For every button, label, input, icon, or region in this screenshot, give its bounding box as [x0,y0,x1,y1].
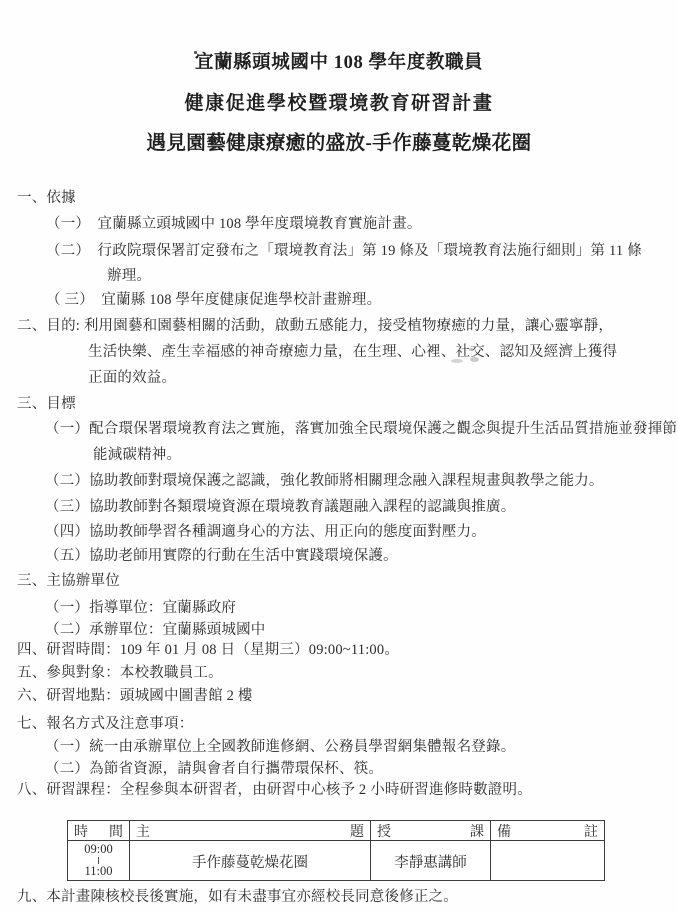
section-heading-participants: 五、參與對象：本校教職員工。 [17,661,223,682]
time-range-divider [98,857,99,864]
time-end: 11:00 [84,864,112,879]
document-title-line3: 遇見園藝健康療癒的盛放-手作藤蔓乾燥花圈 [0,127,678,155]
header-cell-time: 時 間 [68,821,130,841]
document-title-line2: 健康促進學校暨環境教育研習計畫 [0,88,678,115]
schedule-table-data-row: 09:00 11:00 手作藤蔓乾燥花圈 李靜惠講師 [68,841,604,880]
purpose-cont-2: 正面的效益。 [88,366,176,387]
basis-item-3: （ 三） 宜蘭縣 108 學年度健康促進學校計畫辦理。 [46,288,381,309]
instructor-cell: 李靜惠講師 [371,841,491,881]
section-heading-goals: 三、目標 [17,392,76,413]
note-cell [491,841,604,881]
goal-item-4: （四）協助教師學習各種調適身心的方法、用正向的態度面對壓力。 [45,520,486,541]
header-cell-topic: 主 題 [130,821,371,841]
registration-item-2: （二）為節省資源，請與會者自行攜帶環保杯、筷。 [45,757,383,778]
header-note-end-char: 註 [584,821,598,841]
schedule-table: 時 間 主 題 授 課 備 註 09:00 11:00 手作藤蔓乾燥花圈 [67,820,605,881]
header-instructor-end-char: 課 [470,821,484,841]
section-heading-registration: 七、報名方式及注意事項： [17,712,193,733]
section-heading-organizers: 三、主協辦單位 [17,569,120,590]
basis-item-2-cont: 辦理。 [107,264,151,285]
document-title-line1: 宜蘭縣頭城國中 108 學年度教職員 [0,48,678,74]
section-heading-course: 八、研習課程：全程參與本研習者，由研習中心核予 2 小時研習進修時數證明。 [17,778,532,799]
header-topic-start-char: 主 [136,821,150,841]
section-heading-time: 四、研習時間：109 年 01 月 08 日（星期三）09:00~11:00。 [17,638,399,659]
registration-item-1: （一）統一由承辦單位上全國教師進修網、公務員學習網集體報名登錄。 [45,735,515,756]
time-range-cell: 09:00 11:00 [68,841,130,881]
organizer-item-1: （一）指導單位：宜蘭縣政府 [45,596,236,617]
scan-smudge [470,357,479,362]
header-time-start-char: 時 [74,821,88,841]
basis-item-2: （二） 行政院環保署訂定發布之「環境教育法」第 19 條及「環境教育法施行細則」… [46,239,642,260]
topic-cell: 手作藤蔓乾燥花圈 [130,841,371,881]
header-cell-note: 備 註 [491,821,604,841]
header-instructor-start-char: 授 [377,821,391,841]
scan-smudge [451,359,463,363]
header-time-end-char: 間 [109,821,123,841]
goal-item-2: （二）協助教師對環境保護之認識，強化教師將相關理念融入課程規畫與教學之能力。 [45,469,604,490]
scanned-document-page: 宜蘭縣頭城國中 108 學年度教職員 健康促進學校暨環境教育研習計畫 遇見園藝健… [0,0,678,912]
scan-speck [194,51,197,54]
section-heading-approval: 九、本計畫陳核校長後實施，如有未盡事宜亦經校長同意後修正之。 [17,885,458,906]
section-heading-basis: 一、依據 [17,186,76,207]
goal-item-5: （五）協助老師用實際的行動在生活中實踐環境保護。 [45,544,398,565]
header-cell-instructor: 授 課 [371,821,491,841]
section-heading-purpose: 二、目的: 利用園藝和園藝相關的活動，啟動五感能力，接受植物療癒的力量，讓心靈寧… [17,314,613,335]
section-heading-location: 六、研習地點：頭城國中圖書館 2 樓 [17,684,253,705]
basis-item-1: （一） 宜蘭縣立頭城國中 108 學年度環境教育實施計畫。 [46,212,422,233]
schedule-table-header-row: 時 間 主 題 授 課 備 註 [68,821,604,841]
scan-smudge [469,348,473,351]
header-topic-end-char: 題 [350,821,364,841]
goal-item-1-cont: 能減碳精神。 [93,443,181,464]
goal-item-3: （三）協助教師對各類環境資源在環境教育議題融入課程的認識與推廣。 [45,495,515,516]
organizer-item-2: （二）承辦單位：宜蘭縣頭城國中 [45,618,266,639]
goal-item-1: （一）配合環保署環境教育法之實施，落實加強全民環境保護之觀念與提升生活品質措施並… [45,417,677,438]
purpose-cont-1: 生活快樂、產生幸福感的神奇療癒力量，在生理、心裡、社交、認知及經濟上獲得 [88,340,617,361]
header-note-start-char: 備 [497,821,511,841]
time-start: 09:00 [84,842,112,857]
